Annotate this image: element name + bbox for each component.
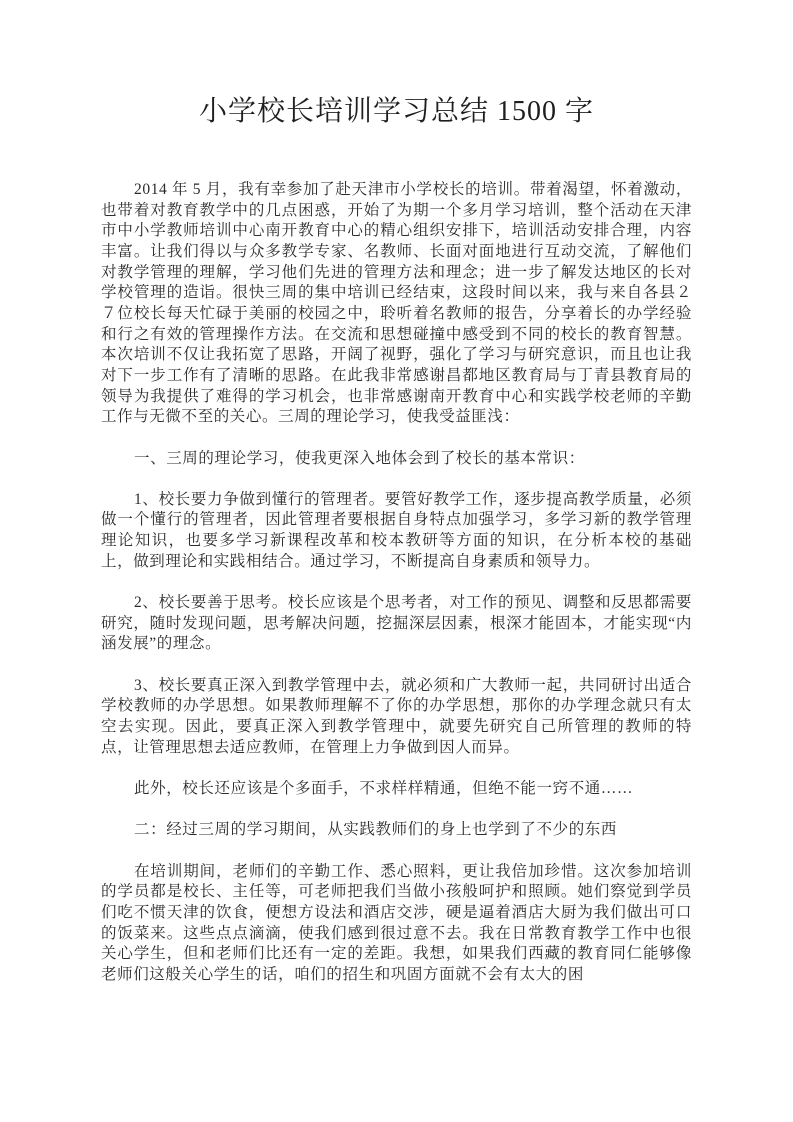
document-paragraph: 此外，校长还应该是个多面手，不求样样精通，但绝不能一窍不通…… (101, 779, 692, 800)
document-page: 小学校长培训学习总结 1500 字 2014 年 5 月，我有幸参加了赴天津市小… (0, 0, 793, 1122)
document-paragraph: 1、校长要力争做到懂行的管理者。要管好教学工作，逐步提高教学质量，必须做一个懂行… (101, 490, 692, 573)
section-heading: 一、三周的理论学习，使我更深入地体会到了校长的基本常识： (101, 449, 692, 470)
document-paragraph: 2014 年 5 月，我有幸参加了赴天津市小学校长的培训。带着渴望，怀着激动，也… (101, 180, 692, 428)
document-paragraph: 在培训期间，老师们的辛勤工作、悉心照料，更让我倍加珍惜。这次参加培训的学员都是校… (101, 862, 692, 986)
section-heading: 二：经过三周的学习期间，从实践教师们的身上也学到了不少的东西 (101, 820, 692, 841)
document-title: 小学校长培训学习总结 1500 字 (101, 94, 692, 130)
document-body: 2014 年 5 月，我有幸参加了赴天津市小学校长的培训。带着渴望，怀着激动，也… (101, 180, 692, 985)
document-paragraph: 3、校长要真正深入到教学管理中去，就必须和广大教师一起，共同研讨出适合学校教师的… (101, 676, 692, 759)
document-paragraph: 2、校长要善于思考。校长应该是个思考者，对工作的预见、调整和反思都需要研究，随时… (101, 593, 692, 655)
